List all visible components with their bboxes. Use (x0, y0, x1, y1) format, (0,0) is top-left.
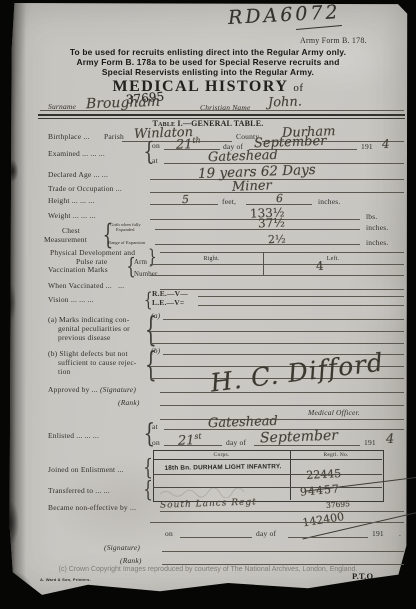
joined-label: Joined on Enlistment ... (48, 466, 124, 474)
examined-day-number: 21 (176, 137, 193, 153)
chest-range-unit: inches. (366, 239, 388, 247)
marks-a-label-3: previous disease (58, 334, 111, 342)
height-inches-value: 6 (276, 192, 283, 205)
footer-signature-label: (Signature) (104, 544, 140, 552)
corps-header-underline (153, 459, 382, 460)
approved-rank-line (160, 405, 404, 406)
examined-day-value: 21th (176, 136, 201, 153)
chest-girth-unit: inches. (366, 224, 388, 232)
defects-b-label-1: (b) Slight defects but not (48, 350, 128, 358)
non-effective-label: Became non-effective by ... (48, 504, 136, 512)
chest-range-line (155, 244, 360, 245)
christian-name-label: Christian Name (200, 104, 251, 112)
footer-signature-line (162, 551, 404, 552)
vaccination-label: Vaccination Marks (48, 266, 108, 274)
when-vaccinated-label: When Vaccinated ... ... (48, 282, 124, 290)
enlisted-year-printed: 191 (364, 439, 376, 447)
marks-a-label-2: genital peculiarities or (58, 325, 130, 333)
footer-on-label: on (165, 530, 173, 538)
vision-re-line (198, 296, 404, 297)
enlisted-year-hand: 4 (386, 432, 395, 447)
marks-a-prefix: (a) (151, 312, 160, 320)
defects-b-label-3: tion (58, 368, 70, 376)
physical-label-1: Physical Development and (50, 249, 135, 257)
when-vaccinated-text: When Vaccinated ... (48, 281, 112, 290)
examined-label-dots: ... ... (90, 149, 105, 158)
enlisted-day-number: 21 (178, 433, 195, 449)
examined-day-suffix: th (192, 136, 200, 145)
scanned-document: RDA6072 Army Form B. 178. To be used for… (0, 0, 416, 609)
notice-line-3: Special Reservists enlisting into the Re… (0, 68, 416, 77)
page-title-suffix: of (293, 82, 303, 94)
footer-month-line (288, 537, 368, 538)
transferred-label: Transferred to ... ... (48, 487, 110, 495)
enlisted-at-label: at (152, 423, 158, 431)
vision-label: Vision ... ... ... (48, 296, 94, 304)
vaccination-mid-line (150, 264, 404, 265)
corps-header: Corps. (153, 452, 290, 458)
trade-value: Miner (232, 178, 272, 194)
weight-unit: lbs. (366, 213, 377, 221)
parish-label: Parish (104, 133, 124, 141)
approved-signature-word: (Signature) (100, 385, 136, 394)
footer-period: . (399, 530, 401, 538)
chest-range-label: Range of Expansion (108, 240, 145, 245)
approved-rank-label: (Rank) (118, 399, 140, 407)
enlisted-label: Enlisted ... ... ... (48, 432, 99, 440)
footer-day-line (180, 537, 252, 538)
table1-title: Table I.—GENERAL TABLE. (0, 120, 416, 129)
physical-brace: } (148, 246, 157, 266)
enlisted-month-value: September (260, 428, 338, 447)
medical-officer-label: Medical Officer. (308, 409, 360, 417)
vision-le-line (198, 305, 404, 306)
marks-a-label-1: (a) Marks indicating con- (48, 316, 129, 324)
height-feet-value: 5 (182, 193, 189, 206)
christian-name-value: John. (268, 94, 302, 110)
height-feet-label: feet, (222, 198, 236, 206)
height-label: Height ... ... ... (48, 197, 95, 205)
printer-imprint: A. Ward & Son, Printers. (40, 578, 91, 582)
corps-row-line-1 (153, 474, 382, 475)
examined-year-hand: 4 (382, 137, 390, 151)
examined-label-text: Examined ... (48, 149, 88, 158)
notice-line-1: To be used for recruits enlisting direct… (0, 48, 416, 57)
faint-pencil-note (158, 488, 253, 498)
regtl-no-below: 37695 (326, 499, 350, 510)
non-effective-line-2 (150, 522, 404, 523)
vaccination-right-header: Right. (160, 256, 263, 263)
height-inches-label: inches. (318, 198, 340, 206)
enlisted-day-suffix: st (194, 432, 201, 441)
physical-line (160, 252, 404, 253)
double-rule-thick (38, 114, 405, 116)
footer-rank-line (162, 564, 404, 565)
footer-dayof-label: day of (256, 530, 276, 538)
vaccination-left-header: Left. (263, 256, 403, 263)
marks-a-line-3 (150, 343, 404, 344)
chest-range-value: 2½ (268, 233, 286, 247)
separator-line (160, 419, 404, 420)
page-title: MEDICAL HISTORY of (0, 78, 416, 96)
defects-b-prefix: (b) (151, 347, 160, 355)
vision-re: R.E.—V— (152, 290, 188, 298)
notice-line-2: Army Form B. 178a to be used for Special… (0, 58, 416, 67)
footer-rank-label: (Rank) (120, 557, 142, 565)
chest-label-1: Chest (62, 227, 80, 235)
when-vaccinated-dots: ... (118, 281, 124, 290)
weight-label: Weight ... ... ... (48, 212, 96, 220)
approved-by-label: Approved by ... (Signature) (48, 386, 136, 394)
vaccination-divider (263, 252, 264, 275)
defects-b-label-2: sufficient to cause rejec- (58, 359, 137, 367)
birthplace-label: Birthplace ... (48, 133, 90, 141)
vaccination-number-value: 4 (316, 259, 324, 273)
vision-le: L.E.—V= (152, 299, 184, 307)
marks-a-line-1 (163, 319, 404, 320)
pto-label: P.T.O. (352, 572, 376, 581)
joined-brace: { (143, 458, 153, 480)
examined-at-label: at (152, 157, 158, 165)
declared-age-label: Declared Age ... ... (48, 171, 108, 179)
chest-girth-value: 37½ (258, 216, 285, 231)
when-vaccinated-line (160, 289, 404, 290)
chest-label-2: Measurement (44, 236, 87, 244)
chest-girth-label-2: Expanded (116, 227, 134, 232)
footer-year: 191 (372, 530, 384, 538)
non-effective-line-1 (160, 511, 404, 512)
examined-label: Examined ... ... ... (48, 150, 105, 158)
approved-line (160, 392, 404, 393)
marks-a-line-2 (150, 331, 404, 332)
vaccination-bottom-line (150, 275, 404, 276)
enlisted-day-value: 21st (178, 432, 202, 449)
form-number: Army Form B. 178. (300, 37, 367, 46)
vaccination-arm-label: Arm (134, 259, 147, 266)
enlisted-dayof-label: day of (226, 439, 246, 447)
enlisted-on-label: on (152, 439, 160, 447)
enlisted-place-value: Gateshead (208, 414, 278, 431)
approved-by-text: Approved by ... (48, 385, 98, 394)
transferred-brace: { (143, 480, 153, 502)
examined-year-printed: 191 (361, 143, 373, 151)
examined-on-label: on (152, 142, 160, 150)
trade-label: Trade or Occupation ... (48, 185, 122, 193)
regtl-no-header: Regtl. No. (290, 452, 382, 458)
